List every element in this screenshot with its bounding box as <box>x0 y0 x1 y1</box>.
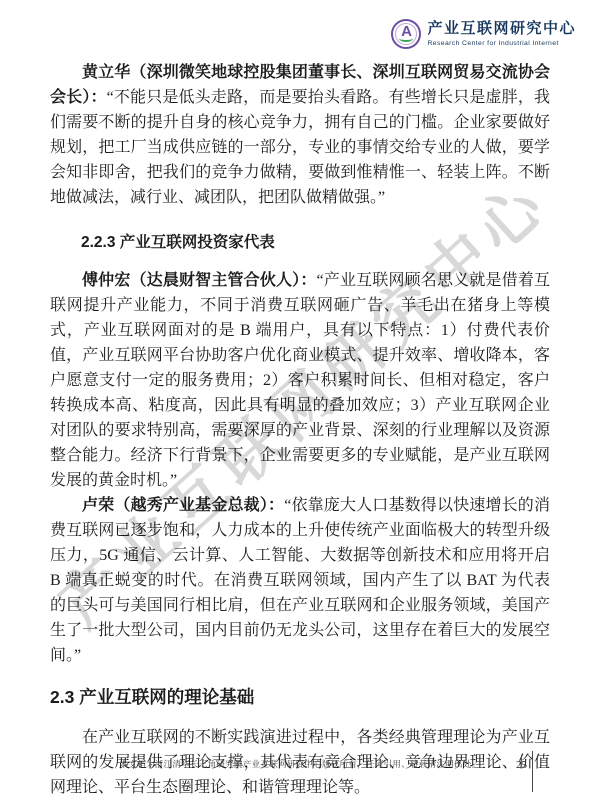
quote-paragraph-lurong: 卢荣（越秀产业基金总裁）：“依靠庞大人口基数得以快速增长的消费互联网已逐步饱和，… <box>50 493 550 668</box>
speaker-name-title: 卢荣（越秀产业基金总裁）： <box>82 497 284 514</box>
speaker-name-title: 傅仲宏（达晨财智主管合伙人）： <box>82 272 317 289</box>
org-title-en: Research Center for Industrial Internet <box>427 40 576 47</box>
document-page: 产业互联网研究中心 A 产业互联网研究中心 Research Center fo… <box>0 0 600 808</box>
page-number-divider <box>532 751 533 792</box>
org-logo-icon: A <box>391 19 421 49</box>
footer-copyright: 本文档为浙江清华长三角研究院产业互联网研究中心版权所有，任何引用、转载请注明出处… <box>0 758 600 770</box>
quote-text: “依靠庞大人口基数得以快速增长的消费互联网已逐步饱和，人力成本的上升使传统产业面… <box>50 497 550 664</box>
quote-text: “不能只是低头走路，而是要抬头看路。有些增长只是虚胖，我们需要不断的提升自身的核… <box>50 89 550 206</box>
page-number: 25 <box>516 759 527 771</box>
quote-text: “产业互联网顾名思义就是借着互联网提升产业能力，不同于消费互联网砸广告、羊毛出在… <box>50 272 550 489</box>
quote-paragraph-fuzhonghong: 傅仲宏（达晨财智主管合伙人）：“产业互联网顾名思义就是借着互联网提升产业能力，不… <box>50 268 550 493</box>
document-body: 黄立华（深圳微笑地球控股集团董事长、深圳互联网贸易交流协会会长）：“不能只是低头… <box>50 0 550 800</box>
org-title-zh: 产业互联网研究中心 <box>427 21 576 38</box>
logo-text-block: 产业互联网研究中心 Research Center for Industrial… <box>427 21 576 47</box>
quote-paragraph-huanglihua: 黄立华（深圳微笑地球控股集团董事长、深圳互联网贸易交流协会会长）：“不能只是低头… <box>50 60 550 210</box>
page-header: A 产业互联网研究中心 Research Center for Industri… <box>391 19 576 49</box>
section-heading-23: 2.3 产业互联网的理论基础 <box>50 684 550 711</box>
section-heading-223: 2.2.3 产业互联网投资家代表 <box>50 230 550 255</box>
